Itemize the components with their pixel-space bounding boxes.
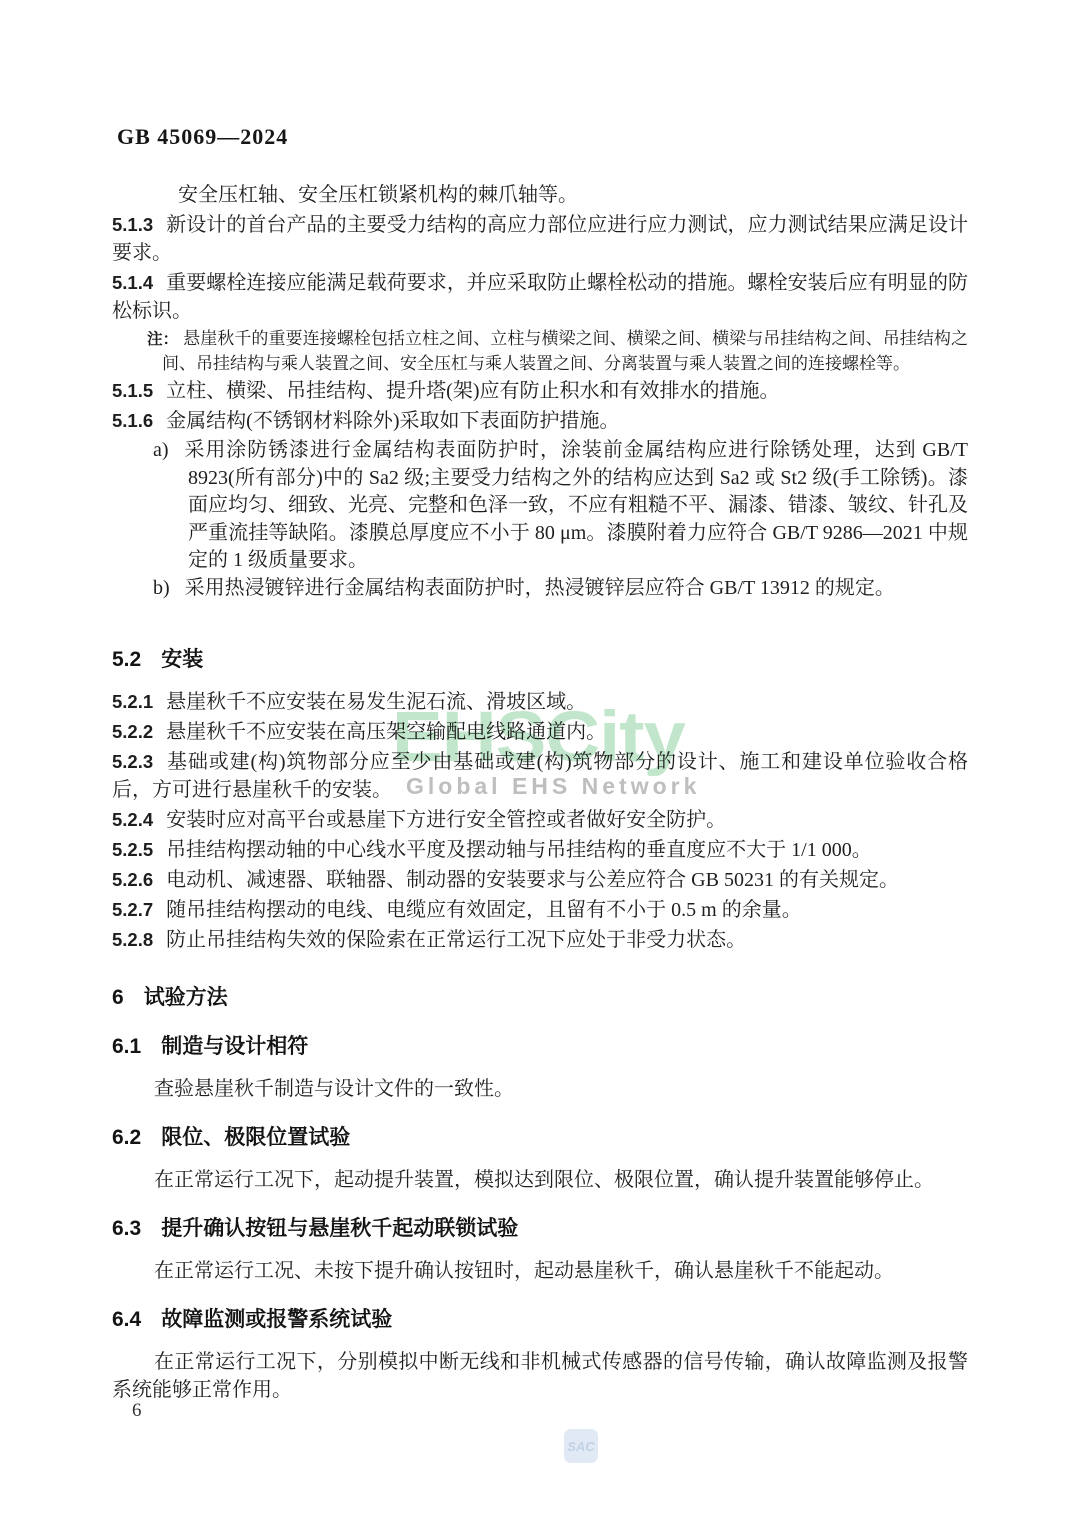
clause-text: 金属结构(不锈钢材料除外)采取如下表面防护措施。 <box>166 410 619 432</box>
list-item-text: 采用热浸镀锌进行金属结构表面防护时，热浸镀锌层应符合 GB/T 13912 的规… <box>185 577 895 599</box>
clause-number: 5.2.3 <box>112 751 153 772</box>
clause-paragraph: 5.1.4重要螺栓连接应能满足载荷要求，并应采取防止螺栓松动的措施。螺栓安装后应… <box>112 269 968 325</box>
standard-code-header: GB 45069—2024 <box>117 124 288 150</box>
clause-number: 5.2.2 <box>112 721 153 742</box>
clause-paragraph: 5.2.3基础或建(构)筑物部分应至少由基础或建(构)筑物部分的设计、施工和建设… <box>112 748 968 804</box>
clause-text: 重要螺栓连接应能满足载荷要求，并应采取防止螺栓松动的措施。螺栓安装后应有明显的防… <box>112 272 968 322</box>
clause-paragraph: 5.1.5立柱、横梁、吊挂结构、提升塔(架)应有防止积水和有效排水的措施。 <box>112 377 968 405</box>
lettered-list: a)采用涂防锈漆进行金属结构表面防护时，涂装前金属结构应进行除锈处理，达到 GB… <box>112 437 968 602</box>
clause-number: 5.2.8 <box>112 929 153 950</box>
list-item: b)采用热浸镀锌进行金属结构表面防护时，热浸镀锌层应符合 GB/T 13912 … <box>112 575 968 603</box>
section-heading-6.2: 6.2限位、极限位置试验 <box>112 1124 968 1152</box>
heading-text: 试验方法 <box>144 986 228 1009</box>
clause-text: 悬崖秋千不应安装在易发生泥石流、滑坡区域。 <box>166 691 586 713</box>
clause-text: 吊挂结构摆动轴的中心线水平度及摆动轴与吊挂结构的垂直度应不大于 1/1 000。 <box>166 839 872 861</box>
section-heading-5.2: 5.2安装 <box>112 646 968 674</box>
clause-text: 防止吊挂结构失效的保险索在正常运行工况下应处于非受力状态。 <box>166 929 746 951</box>
document-body: 安全压杠轴、安全压杠锁紧机构的棘爪轴等。5.1.3新设计的首台产品的主要受力结构… <box>112 181 968 1418</box>
heading-text: 安装 <box>161 648 203 671</box>
carryover-paragraph: 安全压杠轴、安全压杠锁紧机构的棘爪轴等。 <box>112 181 968 209</box>
note-text: 悬崖秋千的重要连接螺栓包括立柱之间、立柱与横梁之间、横梁之间、横梁与吊挂结构之间… <box>162 329 968 373</box>
clause-number: 5.2.4 <box>112 809 153 830</box>
page-number: 6 <box>132 1400 142 1422</box>
body-paragraph: 在正常运行工况、未按下提升确认按钮时，起动悬崖秋千，确认悬崖秋千不能起动。 <box>112 1257 968 1285</box>
clause-text: 新设计的首台产品的主要受力结构的高应力部位应进行应力测试，应力测试结果应满足设计… <box>112 214 968 264</box>
heading-number: 6.4 <box>112 1308 141 1331</box>
clause-paragraph: 5.1.6金属结构(不锈钢材料除外)采取如下表面防护措施。 <box>112 407 968 435</box>
section-heading-6: 6试验方法 <box>112 984 968 1012</box>
clause-number: 5.2.7 <box>112 899 153 920</box>
clause-paragraph: 5.2.8防止吊挂结构失效的保险索在正常运行工况下应处于非受力状态。 <box>112 926 968 954</box>
list-item-label: b) <box>153 577 170 599</box>
section-heading-6.4: 6.4故障监测或报警系统试验 <box>112 1306 968 1334</box>
clause-number: 5.1.3 <box>112 214 153 235</box>
note-paragraph: 注：悬崖秋千的重要连接螺栓包括立柱之间、立柱与横梁之间、横梁之间、横梁与吊挂结构… <box>112 327 968 375</box>
body-paragraph: 查验悬崖秋千制造与设计文件的一致性。 <box>112 1075 968 1103</box>
sac-logo: SAC <box>564 1429 598 1463</box>
clause-number: 5.1.6 <box>112 410 153 431</box>
clause-number: 5.2.5 <box>112 839 153 860</box>
clause-paragraph: 5.2.7随吊挂结构摆动的电线、电缆应有效固定，且留有不小于 0.5 m 的余量… <box>112 896 968 924</box>
clause-paragraph: 5.2.6电动机、减速器、联轴器、制动器的安装要求与公差应符合 GB 50231… <box>112 866 968 894</box>
clause-text: 安装时应对高平台或悬崖下方进行安全管控或者做好安全防护。 <box>166 809 726 831</box>
heading-number: 6 <box>112 986 124 1009</box>
clause-text: 电动机、减速器、联轴器、制动器的安装要求与公差应符合 GB 50231 的有关规… <box>166 869 899 891</box>
clause-paragraph: 5.1.3新设计的首台产品的主要受力结构的高应力部位应进行应力测试，应力测试结果… <box>112 211 968 267</box>
section-heading-6.1: 6.1制造与设计相符 <box>112 1033 968 1061</box>
note-label: 注： <box>147 331 178 348</box>
clause-paragraph: 5.2.2悬崖秋千不应安装在高压架空输配电线路通道内。 <box>112 718 968 746</box>
heading-number: 6.2 <box>112 1126 141 1149</box>
clause-paragraph: 5.2.1悬崖秋千不应安装在易发生泥石流、滑坡区域。 <box>112 688 968 716</box>
list-item-label: a) <box>153 439 169 461</box>
heading-text: 制造与设计相符 <box>161 1035 308 1058</box>
clause-text: 基础或建(构)筑物部分应至少由基础或建(构)筑物部分的设计、施工和建设单位验收合… <box>112 751 968 801</box>
clause-number: 5.1.5 <box>112 380 153 401</box>
document-page: GB 45069—2024 安全压杠轴、安全压杠锁紧机构的棘爪轴等。5.1.3新… <box>0 0 1080 1527</box>
list-item: a)采用涂防锈漆进行金属结构表面防护时，涂装前金属结构应进行除锈处理，达到 GB… <box>112 437 968 575</box>
clause-number: 5.2.6 <box>112 869 153 890</box>
section-heading-6.3: 6.3提升确认按钮与悬崖秋千起动联锁试验 <box>112 1215 968 1243</box>
list-item-text: 采用涂防锈漆进行金属结构表面防护时，涂装前金属结构应进行除锈处理，达到 GB/T… <box>184 439 968 571</box>
clause-text: 悬崖秋千不应安装在高压架空输配电线路通道内。 <box>166 721 606 743</box>
body-paragraph: 在正常运行工况下，分别模拟中断无线和非机械式传感器的信号传输，确认故障监测及报警… <box>112 1348 968 1404</box>
heading-text: 故障监测或报警系统试验 <box>161 1308 392 1331</box>
heading-number: 6.3 <box>112 1217 141 1240</box>
clause-paragraph: 5.2.4安装时应对高平台或悬崖下方进行安全管控或者做好安全防护。 <box>112 806 968 834</box>
heading-text: 限位、极限位置试验 <box>161 1126 350 1149</box>
heading-number: 6.1 <box>112 1035 141 1058</box>
heading-number: 5.2 <box>112 648 141 671</box>
clause-paragraph: 5.2.5吊挂结构摆动轴的中心线水平度及摆动轴与吊挂结构的垂直度应不大于 1/1… <box>112 836 968 864</box>
clause-number: 5.1.4 <box>112 272 153 293</box>
body-paragraph: 在正常运行工况下，起动提升装置，模拟达到限位、极限位置，确认提升装置能够停止。 <box>112 1166 968 1194</box>
heading-text: 提升确认按钮与悬崖秋千起动联锁试验 <box>161 1217 518 1240</box>
clause-text: 随吊挂结构摆动的电线、电缆应有效固定，且留有不小于 0.5 m 的余量。 <box>166 899 802 921</box>
clause-number: 5.2.1 <box>112 691 153 712</box>
clause-text: 立柱、横梁、吊挂结构、提升塔(架)应有防止积水和有效排水的措施。 <box>166 380 779 402</box>
